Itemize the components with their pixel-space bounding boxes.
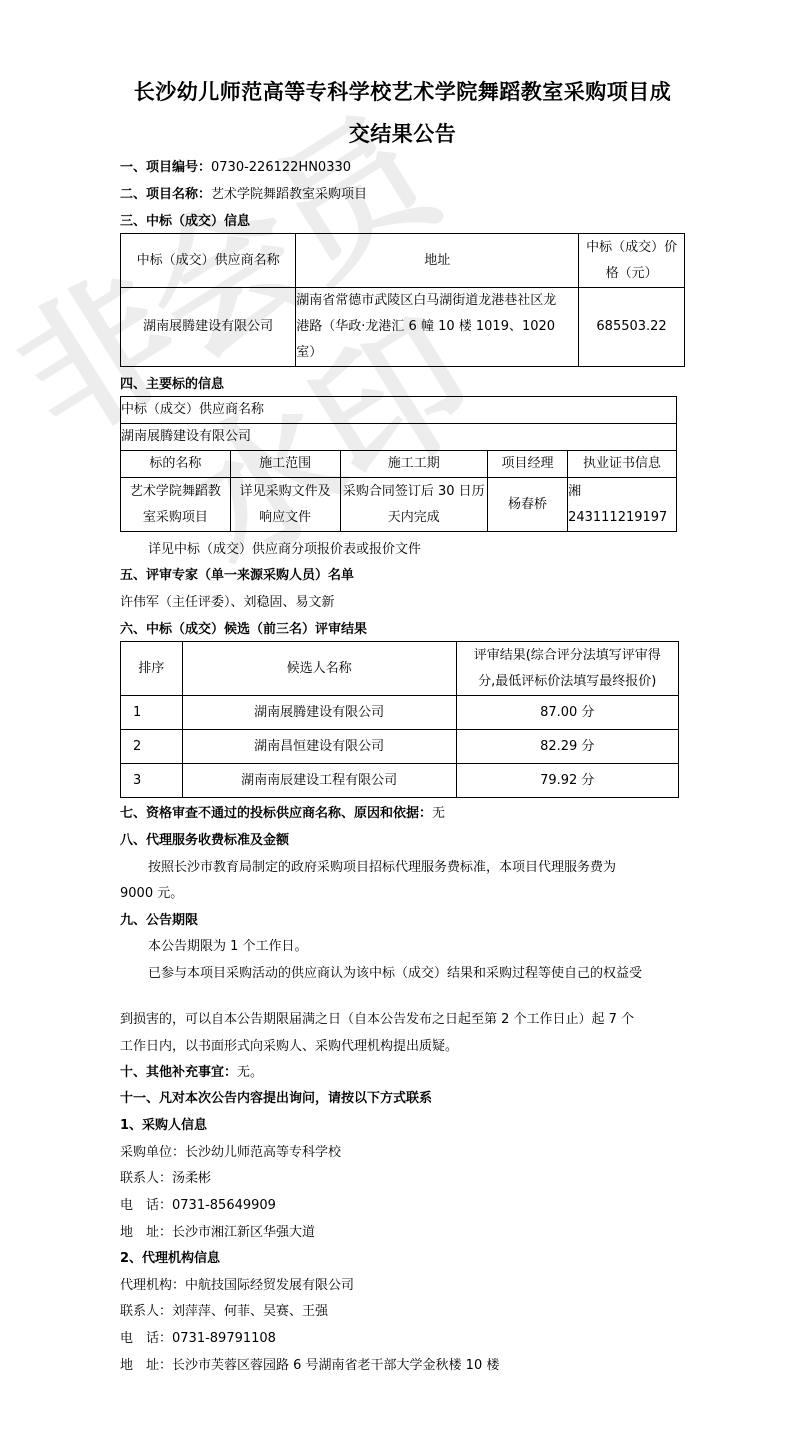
- header-period: 施工工期: [340, 451, 487, 478]
- supplier-value-cell: 湖南展腾建设有限公司: [121, 424, 677, 451]
- cell-score: 82.29 分: [456, 730, 679, 764]
- project-number-label: 一、项目编号：: [120, 160, 211, 175]
- period-line1: 本公告期限为 1 个工作日。: [120, 938, 308, 956]
- other-matters: 十、其他补充事宜：无。: [120, 1064, 263, 1082]
- project-name-label: 二、项目名称：: [120, 187, 211, 202]
- cell-subject-name: 艺术学院舞蹈教 室采购项目: [121, 478, 231, 532]
- cell-manager: 杨春桥: [487, 478, 567, 532]
- purchaser-unit: 采购单位：长沙幼儿师范高等专科学校: [120, 1144, 341, 1162]
- section-heading-period: 九、公告期限: [120, 912, 198, 930]
- candidates-table: 排序 候选人名称 评审结果(综合评分法填写评审得 分,最低评标价法填写最终报价)…: [120, 641, 679, 798]
- cell-rank: 1: [121, 696, 183, 730]
- cell-certificate: 湘 243111219197: [568, 478, 677, 532]
- header-supplier: 中标（成交）供应商名称: [121, 234, 296, 288]
- header-result: 评审结果(综合评分法填写评审得 分,最低评标价法填写最终报价): [456, 642, 679, 696]
- cell-rank: 3: [121, 764, 183, 798]
- agency-contact: 联系人：刘萍萍、何菲、吴赛、王强: [120, 1303, 328, 1321]
- table-row: 2 湖南昌恒建设有限公司 82.29 分: [121, 730, 679, 764]
- section-heading-main-subject: 四、主要标的信息: [120, 376, 224, 394]
- cell-score: 79.92 分: [456, 764, 679, 798]
- cell-score: 87.00 分: [456, 696, 679, 730]
- purchaser-phone: 电 话：0731-85649909: [120, 1197, 276, 1215]
- purchaser-address: 地 址：长沙市湘江新区华强大道: [120, 1224, 315, 1242]
- section-heading-experts: 五、评审专家（单一来源采购人员）名单: [120, 567, 354, 585]
- cell-rank: 2: [121, 730, 183, 764]
- purchaser-heading: 1、采购人信息: [120, 1117, 207, 1135]
- header-scope: 施工范围: [230, 451, 340, 478]
- project-number-value: 0730-226122HN0330: [211, 160, 351, 175]
- cell-price: 685503.22: [579, 288, 685, 367]
- project-name-value: 艺术学院舞蹈教室采购项目: [211, 187, 367, 202]
- cell-period: 采购合同签订后 30 日历 天内完成: [340, 478, 487, 532]
- table-row: 3 湖南南辰建设工程有限公司 79.92 分: [121, 764, 679, 798]
- period-line4: 工作日内，以书面形式向采购人、采购代理机构提出质疑。: [120, 1038, 458, 1056]
- cell-candidate-name: 湖南展腾建设有限公司: [182, 696, 456, 730]
- cell-scope: 详见采购文件及 响应文件: [230, 478, 340, 532]
- header-certificate: 执业证书信息: [568, 451, 677, 478]
- section-heading-award-info: 三、中标（成交）信息: [120, 213, 250, 231]
- agency-unit: 代理机构：中航技国际经贸发展有限公司: [120, 1277, 354, 1295]
- supplier-label-cell: 中标（成交）供应商名称: [121, 397, 677, 424]
- quote-note: 详见中标（成交）供应商分项报价表或报价文件: [120, 541, 421, 559]
- main-subject-table: 中标（成交）供应商名称 湖南展腾建设有限公司 标的名称 施工范围 施工工期 项目…: [120, 396, 677, 532]
- cell-supplier: 湖南展腾建设有限公司: [121, 288, 296, 367]
- agency-fee-line2: 9000 元。: [120, 885, 183, 903]
- qualification-failures: 七、资格审查不通过的投标供应商名称、原因和依据：无: [120, 805, 445, 823]
- experts-list: 许伟军（主任评委）、刘稳固、易文新: [120, 594, 335, 612]
- agency-fee-line1: 按照长沙市教育局制定的政府采购项目招标代理服务费标准，本项目代理服务费为: [120, 859, 616, 877]
- agency-address: 地 址：长沙市芙蓉区蓉园路 6 号湖南省老干部大学金秋楼 10 楼: [120, 1357, 499, 1375]
- purchaser-contact: 联系人：汤柔彬: [120, 1170, 211, 1188]
- agency-heading: 2、代理机构信息: [120, 1250, 220, 1268]
- period-line3: 到损害的，可以自本公告期限届满之日（自本公告发布之日起至第 2 个工作日止）起 …: [120, 1011, 634, 1029]
- project-number: 一、项目编号：0730-226122HN0330: [120, 159, 351, 177]
- page-title-line2: 交结果公告: [120, 118, 685, 148]
- project-name: 二、项目名称：艺术学院舞蹈教室采购项目: [120, 186, 367, 204]
- agency-phone: 电 话：0731-89791108: [120, 1330, 276, 1348]
- cell-address: 湖南省常德市武陵区白马湖街道龙港巷社区龙 港路（华政·龙港汇 6 幢 10 楼 …: [296, 288, 579, 367]
- header-price: 中标（成交）价 格（元）: [579, 234, 685, 288]
- header-candidate-name: 候选人名称: [182, 642, 456, 696]
- award-info-table: 中标（成交）供应商名称 地址 中标（成交）价 格（元） 湖南展腾建设有限公司 湖…: [120, 233, 685, 367]
- header-manager: 项目经理: [487, 451, 567, 478]
- cell-candidate-name: 湖南南辰建设工程有限公司: [182, 764, 456, 798]
- header-rank: 排序: [121, 642, 183, 696]
- section-heading-contact: 十一、凡对本次公告内容提出询问，请按以下方式联系: [120, 1090, 432, 1108]
- section-heading-agency-fee: 八、代理服务收费标准及金额: [120, 832, 289, 850]
- period-line2: 已参与本项目采购活动的供应商认为该中标（成交）结果和采购过程等使自己的权益受: [120, 965, 642, 983]
- cell-candidate-name: 湖南昌恒建设有限公司: [182, 730, 456, 764]
- page-title-line1: 长沙幼儿师范高等专科学校艺术学院舞蹈教室采购项目成: [120, 76, 685, 106]
- header-subject-name: 标的名称: [121, 451, 231, 478]
- header-address: 地址: [296, 234, 579, 288]
- table-row: 1 湖南展腾建设有限公司 87.00 分: [121, 696, 679, 730]
- section-heading-candidates: 六、中标（成交）候选（前三名）评审结果: [120, 621, 367, 639]
